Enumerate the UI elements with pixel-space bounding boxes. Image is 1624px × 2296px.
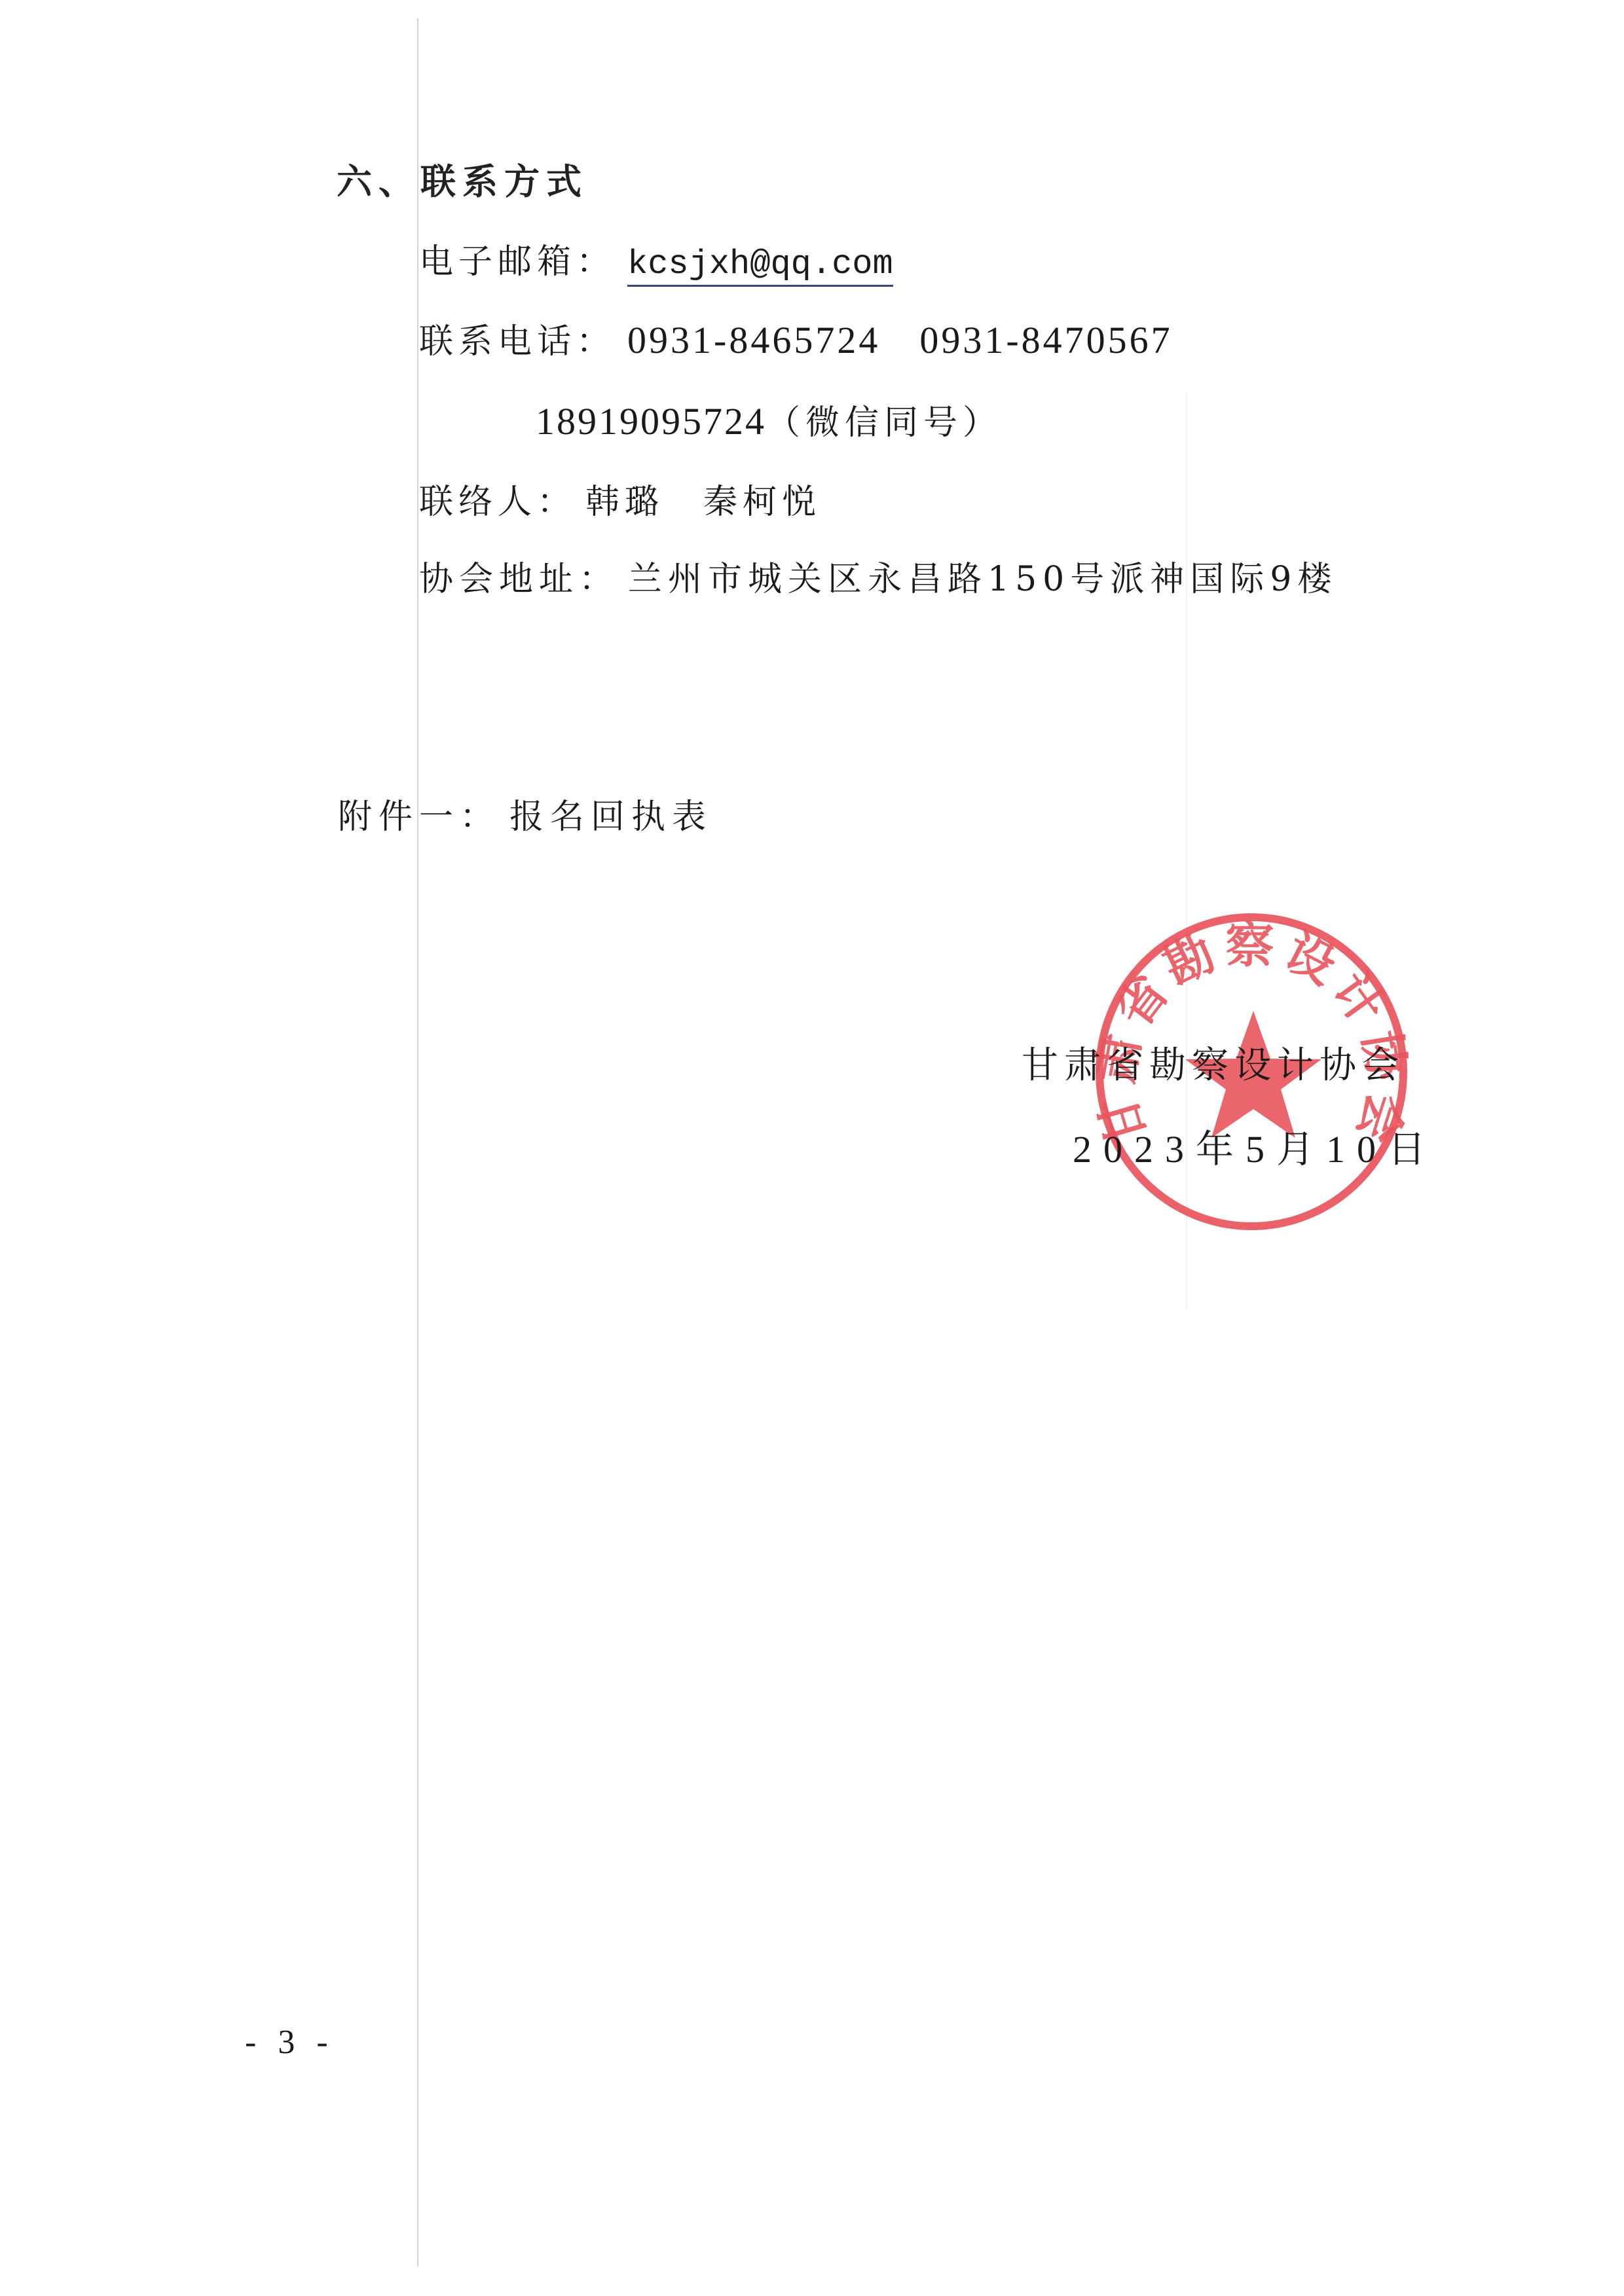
phone-row: 联系电话：0931-84657240931-8470567 (419, 321, 1173, 361)
contacts-label: 联络人： (419, 483, 576, 522)
signature-date: 2023年5月10日 (1073, 1130, 1437, 1169)
email-link[interactable]: kcsjxh@qq.com (627, 245, 893, 287)
page-number: - 3 - (245, 2023, 335, 2062)
binding-line (417, 18, 418, 2267)
address-label: 协会地址： (419, 560, 619, 599)
attachment-row: 附件一：报名回执表 (338, 797, 712, 837)
mobile-row: 18919095724（微信同号） (536, 402, 1002, 443)
contact-name-1: 韩璐 (585, 483, 664, 522)
address-row: 协会地址：兰州市城关区永昌路150号派神国际9楼 (419, 560, 1337, 599)
email-label: 电子邮箱： (419, 242, 616, 282)
email-row: 电子邮箱：kcsjxh@qq.com (419, 242, 893, 282)
contacts-row: 联络人：韩璐秦柯悦 (419, 483, 821, 522)
phone-number-1: 0931-8465724 (627, 319, 880, 361)
mobile-number: 18919095724 (536, 400, 766, 443)
attachment-title[interactable]: 报名回执表 (509, 797, 712, 837)
wechat-note: （微信同号） (766, 403, 1002, 443)
address-value: 兰州市城关区永昌路150号派神国际9楼 (628, 560, 1337, 599)
contact-name-2: 秦柯悦 (703, 483, 821, 522)
section-heading: 六、联系方式 (337, 162, 588, 202)
phone-number-2: 0931-8470567 (919, 319, 1172, 361)
attachment-label: 附件一： (338, 797, 500, 837)
phone-label: 联系电话： (419, 322, 616, 361)
signature-organization: 甘肃省勘察设计协会 (1022, 1046, 1405, 1085)
